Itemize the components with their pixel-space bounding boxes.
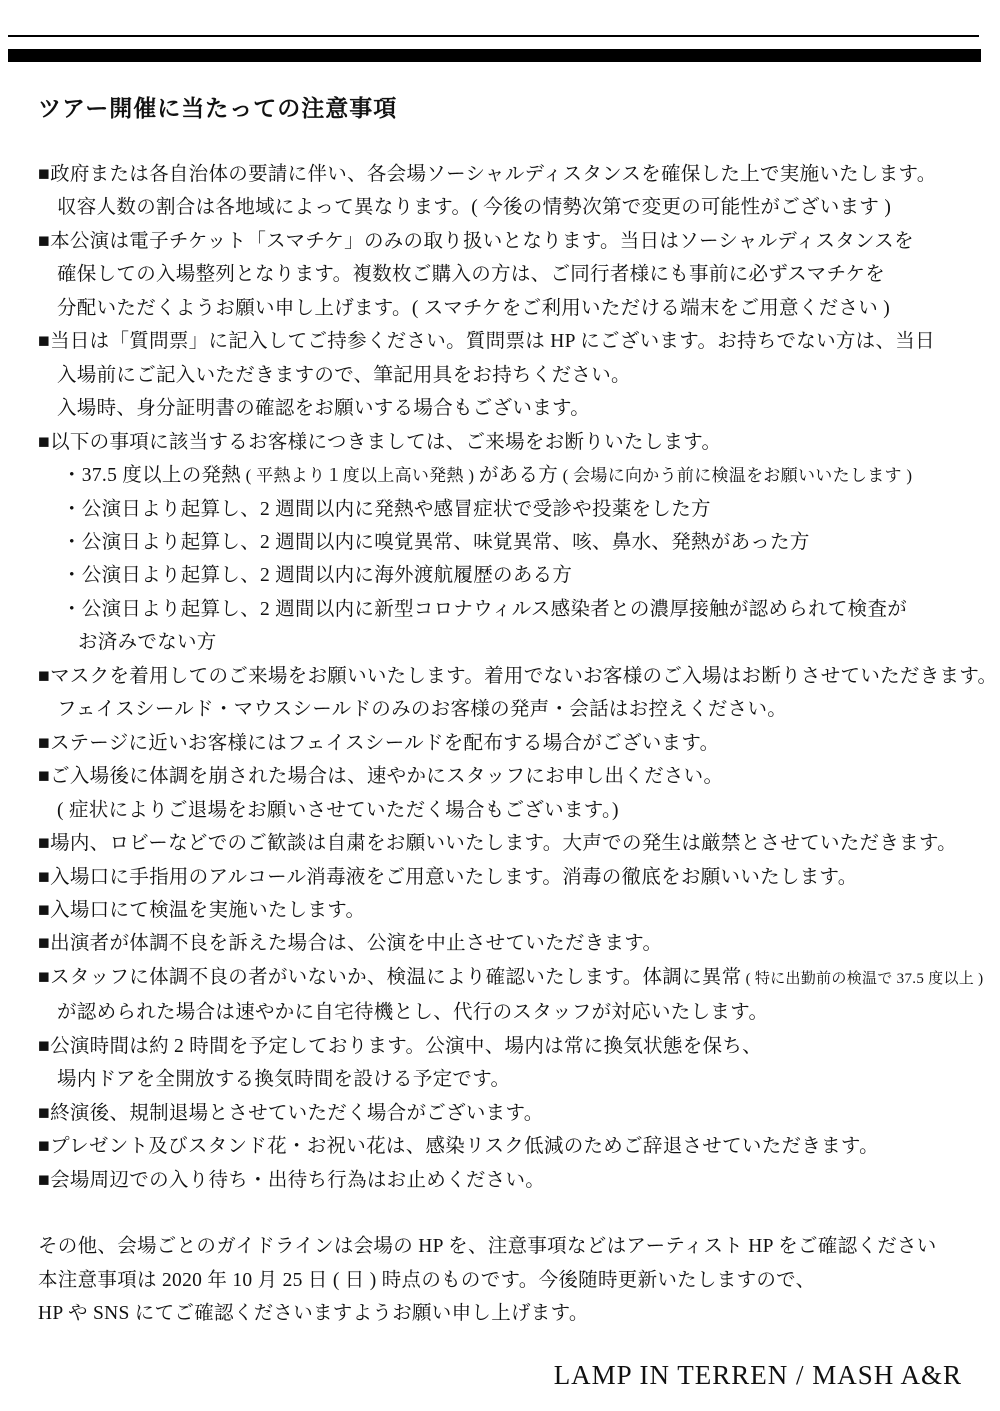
notice-text: 場内ドアを全開放する換気時間を設ける予定です。: [57, 1069, 510, 1090]
notice-text: ■出演者が体調不良を訴えた場合は、公演を中止させていただきます。: [38, 933, 662, 954]
notice-text: ■プレゼント及びスタンド花・お祝い花は、感染リスク低減のためご辞退させていただき…: [38, 1136, 879, 1157]
notice-text: ■当日は「質問票」に記入してご持参ください。質問票は HP にございます。お持ち…: [38, 331, 935, 352]
notice-line: ・公演日より起算し、2 週間以内に発熱や感冒症状で受診や投薬をした方: [38, 493, 992, 526]
top-rule-thick: [8, 49, 981, 62]
notice-line: ■本公演は電子チケット「スマチケ」のみの取り扱いとなります。当日はソーシャルディ…: [38, 225, 992, 258]
notice-text: ■本公演は電子チケット「スマチケ」のみの取り扱いとなります。当日はソーシャルディ…: [38, 231, 914, 252]
notice-text: ・37.5 度以上の発熱: [62, 465, 241, 486]
document-page: { "page": { "title": "ツアー開催に当たっての注意事項", …: [0, 0, 1000, 1411]
top-rule-thin: [8, 35, 979, 37]
notice-text: ■政府または各自治体の要請に伴い、各会場ソーシャルディスタンスを確保した上で実施…: [38, 164, 937, 185]
notice-text: お済みでない方: [78, 632, 217, 653]
notice-text: ■会場周辺での入り待ち・出待ち行為はお止めください。: [38, 1170, 545, 1191]
page-title: ツアー開催に当たっての注意事項: [38, 90, 397, 123]
notice-line: ■場内、ロビーなどでのご歓談は自粛をお願いいたします。大声での発生は厳禁とさせて…: [38, 827, 992, 860]
notice-line: ■公演時間は約 2 時間を予定しております。公演中、場内は常に換気状態を保ち、: [38, 1030, 992, 1063]
notice-text: 収容人数の割合は各地域によって異なります。( 今後の情勢次第で変更の可能性がござ…: [57, 197, 891, 218]
footer-line: その他、会場ごとのガイドラインは会場の HP を、注意事項などはアーティスト H…: [38, 1230, 992, 1263]
notice-text: フェイスシールド・マウスシールドのみのお客様の発声・会話はお控えください。: [57, 699, 787, 720]
notice-line: ■ご入場後に体調を崩された場合は、速やかにスタッフにお申し出ください。: [38, 760, 992, 793]
notice-line: ■入場口にて検温を実施いたします。: [38, 894, 992, 927]
notice-text: ■ステージに近いお客様にはフェイスシールドを配布する場合がございます。: [38, 733, 719, 754]
notice-text: ■スタッフに体調不良の者がいないか、検温により確認いたします。体調に異常: [38, 967, 742, 988]
notice-line: ■以下の事項に該当するお客様につきましては、ご来場をお断りいたします。: [38, 426, 992, 459]
notice-line: ・公演日より起算し、2 週間以内に嗅覚異常、味覚異常、咳、鼻水、発熱があった方: [38, 526, 992, 559]
notice-text: ■入場口に手指用のアルコール消毒液をご用意いたします。消毒の徹底をお願いいたしま…: [38, 867, 858, 888]
notice-text: 入場時、身分証明書の確認をお願いする場合もございます。: [57, 398, 590, 419]
notice-text: ( 特に出勤前の検温で 37.5 度以上 ): [742, 971, 984, 987]
notice-line: ■マスクを着用してのご来場をお願いいたします。着用でないお客様のご入場はお断りさ…: [38, 660, 992, 693]
notice-text: ( 平熱より１度以上高い発熱 ): [241, 466, 479, 485]
notice-text: 入場前にご記入いただきますので、筆記用具をお持ちください。: [57, 365, 631, 386]
notice-text: ・公演日より起算し、2 週間以内に発熱や感冒症状で受診や投薬をした方: [62, 499, 711, 520]
notice-text: ■公演時間は約 2 時間を予定しております。公演中、場内は常に換気状態を保ち、: [38, 1036, 762, 1057]
notice-line: ・公演日より起算し、2 週間以内に海外渡航履歴のある方: [38, 559, 992, 592]
footer-line: HP や SNS にてご確認くださいますようお願い申し上げます。: [38, 1297, 992, 1330]
document-content: ■政府または各自治体の要請に伴い、各会場ソーシャルディスタンスを確保した上で実施…: [38, 158, 992, 1330]
notice-line: ■スタッフに体調不良の者がいないか、検温により確認いたします。体調に異常 ( 特…: [38, 961, 992, 996]
footer-note: その他、会場ごとのガイドラインは会場の HP を、注意事項などはアーティスト H…: [38, 1230, 992, 1330]
notice-line: ■会場周辺での入り待ち・出待ち行為はお止めください。: [38, 1164, 992, 1197]
notice-text: ■入場口にて検温を実施いたします。: [38, 900, 365, 921]
notice-list: ■政府または各自治体の要請に伴い、各会場ソーシャルディスタンスを確保した上で実施…: [38, 158, 992, 1197]
footer-line: 本注意事項は 2020 年 10 月 25 日 ( 日 ) 時点のものです。今後…: [38, 1264, 992, 1297]
notice-text: ■マスクを着用してのご来場をお願いいたします。着用でないお客様のご入場はお断りさ…: [38, 666, 997, 687]
notice-line: ( 症状によりご退場をお願いさせていただく場合もございます。): [38, 794, 992, 827]
notice-line: お済みでない方: [38, 626, 992, 659]
notice-line: 分配いただくようお願い申し上げます。( スマチケをご利用いただける端末をご用意く…: [38, 292, 992, 325]
notice-line: ■プレゼント及びスタンド花・お祝い花は、感染リスク低減のためご辞退させていただき…: [38, 1130, 992, 1163]
notice-text: ( 会場に向かう前に検温をお願いいたします ): [558, 466, 912, 485]
notice-line: フェイスシールド・マウスシールドのみのお客様の発声・会話はお控えください。: [38, 693, 992, 726]
notice-line: ■政府または各自治体の要請に伴い、各会場ソーシャルディスタンスを確保した上で実施…: [38, 158, 992, 191]
notice-text: ■終演後、規制退場とさせていただく場合がございます。: [38, 1103, 544, 1124]
notice-line: が認められた場合は速やかに自宅待機とし、代行のスタッフが対応いたします。: [38, 996, 992, 1029]
notice-text: 確保しての入場整列となります。複数枚ご購入の方は、ご同行者様にも事前に必ずスマチ…: [57, 264, 885, 285]
notice-line: 場内ドアを全開放する換気時間を設ける予定です。: [38, 1063, 992, 1096]
notice-text: ・公演日より起算し、2 週間以内に海外渡航履歴のある方: [62, 565, 572, 586]
notice-line: ・37.5 度以上の発熱 ( 平熱より１度以上高い発熱 ) がある方 ( 会場に…: [38, 459, 992, 492]
notice-text: ■ご入場後に体調を崩された場合は、速やかにスタッフにお申し出ください。: [38, 766, 723, 787]
notice-text: が認められた場合は速やかに自宅待機とし、代行のスタッフが対応いたします。: [57, 1002, 768, 1023]
notice-line: ・公演日より起算し、2 週間以内に新型コロナウィルス感染者との濃厚接触が認められ…: [38, 593, 992, 626]
notice-text: ・公演日より起算し、2 週間以内に新型コロナウィルス感染者との濃厚接触が認められ…: [62, 599, 907, 620]
notice-line: 入場時、身分証明書の確認をお願いする場合もございます。: [38, 392, 992, 425]
notice-text: ■場内、ロビーなどでのご歓談は自粛をお願いいたします。大声での発生は厳禁とさせて…: [38, 833, 957, 854]
notice-text: ・公演日より起算し、2 週間以内に嗅覚異常、味覚異常、咳、鼻水、発熱があった方: [62, 532, 810, 553]
notice-line: ■入場口に手指用のアルコール消毒液をご用意いたします。消毒の徹底をお願いいたしま…: [38, 861, 992, 894]
notice-line: ■当日は「質問票」に記入してご持参ください。質問票は HP にございます。お持ち…: [38, 325, 992, 358]
notice-text: がある方: [479, 465, 558, 486]
notice-line: 収容人数の割合は各地域によって異なります。( 今後の情勢次第で変更の可能性がござ…: [38, 191, 992, 224]
notice-line: ■ステージに近いお客様にはフェイスシールドを配布する場合がございます。: [38, 727, 992, 760]
notice-line: ■出演者が体調不良を訴えた場合は、公演を中止させていただきます。: [38, 927, 992, 960]
notice-line: 入場前にご記入いただきますので、筆記用具をお持ちください。: [38, 359, 992, 392]
signature: LAMP IN TERREN / MASH A&R: [554, 1360, 962, 1391]
notice-line: ■終演後、規制退場とさせていただく場合がございます。: [38, 1097, 992, 1130]
notice-text: ■以下の事項に該当するお客様につきましては、ご来場をお断りいたします。: [38, 432, 721, 453]
notice-text: 分配いただくようお願い申し上げます。( スマチケをご利用いただける端末をご用意く…: [57, 298, 890, 319]
notice-text: ( 症状によりご退場をお願いさせていただく場合もございます。): [57, 800, 619, 821]
notice-line: 確保しての入場整列となります。複数枚ご購入の方は、ご同行者様にも事前に必ずスマチ…: [38, 258, 992, 291]
